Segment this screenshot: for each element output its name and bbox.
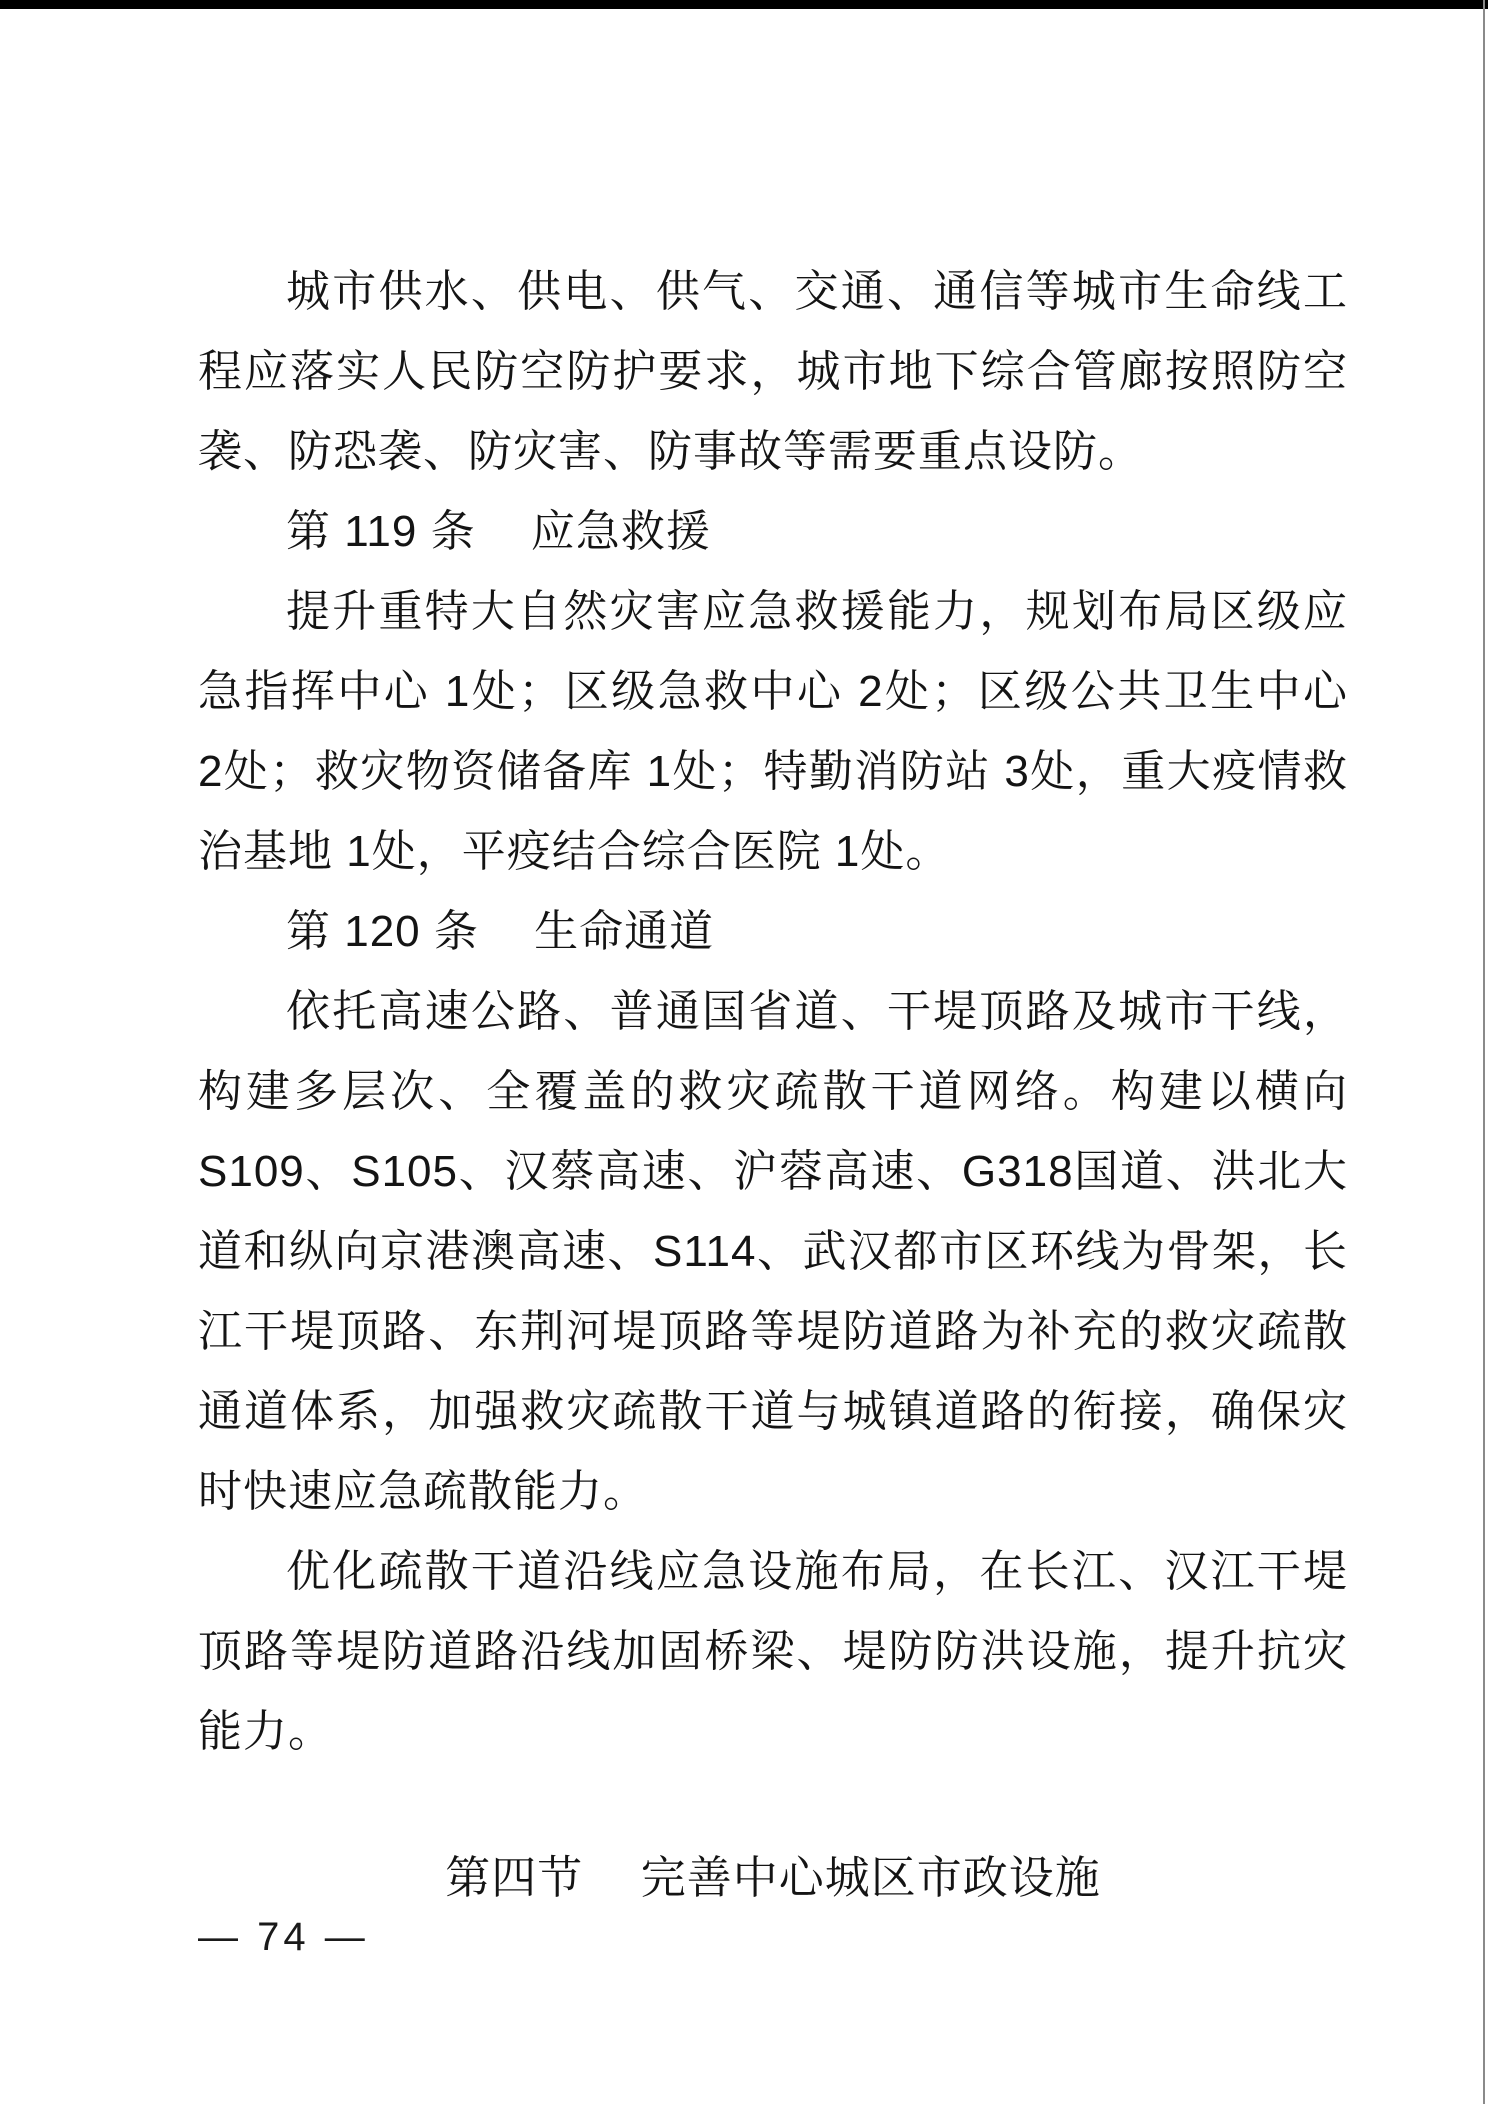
section-4-title: 完善中心城区市政设施: [641, 1852, 1101, 1903]
scan-edge-right: [1483, 0, 1485, 2104]
paragraph-evacuation-network: 依托高速公路、普通国省道、干堤顶路及城市干线，构建多层次、全覆盖的救灾疏散干道网…: [198, 972, 1348, 1532]
page-content: 城市供水、供电、供气、交通、通信等城市生命线工程应落实人民防空防护要求，城市地下…: [198, 252, 1348, 1918]
paragraph-emergency-rescue: 提升重特大自然灾害应急救援能力，规划布局区级应急指挥中心 1处；区级急救中心 2…: [198, 572, 1348, 892]
scan-edge-top: [0, 0, 1488, 9]
article-120-title: 生命通道: [534, 907, 714, 956]
article-120-number: 第 120 条: [286, 907, 479, 956]
article-119-heading: 第 119 条 应急救援: [198, 492, 1348, 572]
article-120-heading: 第 120 条 生命通道: [198, 892, 1348, 972]
article-119-title: 应急救援: [531, 507, 711, 556]
section-4-heading: 第四节 完善中心城区市政设施: [198, 1838, 1348, 1918]
page-footer: — 74 —: [198, 1912, 369, 1962]
section-4-number: 第四节: [445, 1852, 583, 1903]
article-119-number: 第 119 条: [286, 507, 476, 556]
document-page: 城市供水、供电、供气、交通、通信等城市生命线工程应落实人民防空防护要求，城市地下…: [0, 0, 1488, 2104]
page-number: — 74 —: [198, 1915, 369, 1959]
paragraph-civil-defense: 城市供水、供电、供气、交通、通信等城市生命线工程应落实人民防空防护要求，城市地下…: [198, 252, 1348, 492]
paragraph-optimize-lifeline: 优化疏散干道沿线应急设施布局，在长江、汉江干堤顶路等堤防道路沿线加固桥梁、堤防防…: [198, 1532, 1348, 1772]
